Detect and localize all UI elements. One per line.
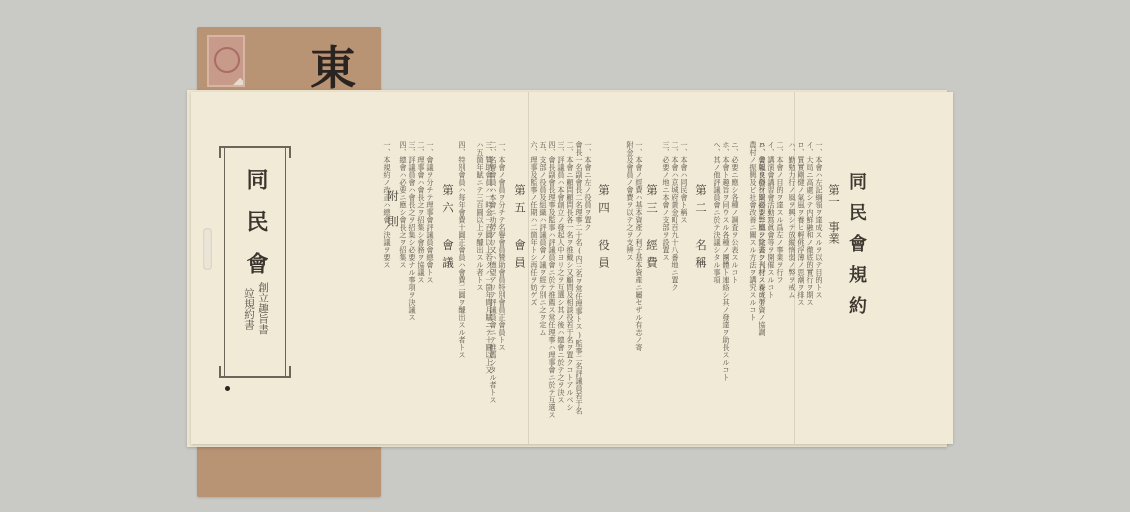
clause: 一、本會ニ左ノ役員ヲ置ク — [584, 141, 593, 231]
ink-dot — [225, 386, 230, 391]
clause: 一、本會ハ同民會ト稱ス — [680, 141, 689, 224]
clause: 六、理事及監事ノ任期ハ二箇年トシ再任ヲ妨ゲズ — [530, 141, 539, 306]
binding-string — [203, 228, 212, 270]
clause: 三、評議員會ハ會長之ヲ招集シ必要ナル事項ヲ決議ス — [408, 141, 417, 321]
section-heading-6: 第六 會議 — [440, 184, 456, 274]
clause: 二、本會ノ目的ヲ達スル爲左ノ事業ヲ行フ — [776, 141, 785, 284]
clause: 一、本會ノ經費ハ基本資產ノ利子基本資產ニ屬セザル有志ノ寄附金及會員ノ會費ヲ以テ之… — [626, 141, 644, 356]
postage-stamp-icon — [207, 35, 245, 87]
clause: 三、必要ノ地ニ本會ノ支部ヲ設置ス — [662, 141, 671, 261]
clause: 四、會長副會長理事及監事ハ評議員會ニ於テ推薦ス常任理事ハ理事會ニ於テ互選ス — [548, 141, 557, 419]
section-heading-2: 第二 名稱 — [693, 184, 709, 274]
clause: 會長一名副會長二名理事二十名(内三名ヲ常任理事トス)監事二名評議員若干名 — [575, 141, 584, 415]
fold-line — [528, 92, 529, 444]
clause: 四、特別會員ハ每年會費十圓正會員ハ會費二圓ヲ醵出スル者トス — [458, 141, 467, 359]
clause: ニ、必要ニ應シ各種ノ調査ヲ公表スルコト — [731, 141, 740, 284]
envelope-calligraphy: 東 — [310, 45, 356, 91]
clause: イ、大局ニ高處シテ内鮮融和ノ徹底的實行ヲ期ス — [806, 141, 815, 306]
clause: 一、本會ノ會員ヲ分チテ名譽會員贊助會員特別會員正會員トス — [498, 141, 507, 351]
clause: ハ、美風良俗ヲ闡揚シ弊風ヲ除去シ人材ノ養成勞資ノ協調農村ノ振興及ビ社會改善ニ關ス… — [749, 141, 767, 341]
cover-subtitle-line-2: 竝規約書 — [242, 288, 255, 330]
cover-subtitle-line-1: 創立趣旨書 — [256, 282, 269, 335]
section-heading-4: 第四 役員 — [596, 184, 612, 274]
clause: ロ、質實剛健ノ氣風ヲ養ヒ輕佻浮薄ノ思潮ヲ排ス — [797, 141, 806, 306]
section-heading-3: 第三 經費 — [644, 184, 660, 274]
clause: ホ、本會ト趣旨ヲ同ウスル各種ノ團體ト連絡シ其ノ發達ヲ助長スルコト — [722, 141, 731, 381]
document-title: 同民會規約 — [843, 172, 869, 327]
clause: 一、會議ヲ分チテ理事會評議員會總會トス — [426, 141, 435, 284]
clause: 二、本會ハ京城府黃金町百九十八番地ニ置ク — [671, 141, 680, 291]
clause: 二、理事會ハ會長之ヲ招集シ會務ヲ協議ス — [417, 141, 426, 284]
clause: 三、贊助會員ハ一時金一百圓以上若クハ一箇年間月賦ニテ十圓以上又ハ五箇年賦ニテ三百… — [476, 141, 494, 376]
clause: ヘ、其ノ他評議員會ニ於テ決議シタル事項 — [713, 141, 722, 284]
clause: ハ、勤勉力行ノ風ヲ興シテ放縱惰弱ノ弊ヲ戒ム — [788, 141, 797, 299]
clause: 一、本會ハ左記綱領ヲ達成スルヲ以テ目的トス — [815, 141, 824, 299]
clause: 三、評議員ハ本會創立ノ發起人中ヨリ之ヲ互選シ其ノ後ハ總會ニ於テ之ヲ決ス — [557, 141, 566, 404]
clause: 一、本規約ノ改正ハ總會ノ決議ヲ要ス — [383, 141, 392, 269]
clause: イ、講演會講習會活動寫眞會等ヲ開催スルコト — [767, 141, 776, 299]
section-heading-5: 第五 會員 — [512, 184, 528, 274]
clause: 五、支部ノ役員及組織ハ評議員會ノ議ヲ經テ別ニ之ヲ定ム — [539, 141, 548, 336]
clause: 二、本會ニ顧問顧問長各一名ヲ推戴シ又顧問及相談役若干名ヲ置クコトアルベシ — [566, 141, 575, 411]
cover-title: 同民會 — [241, 168, 272, 294]
section-heading-1: 第一 事業 — [826, 184, 842, 244]
